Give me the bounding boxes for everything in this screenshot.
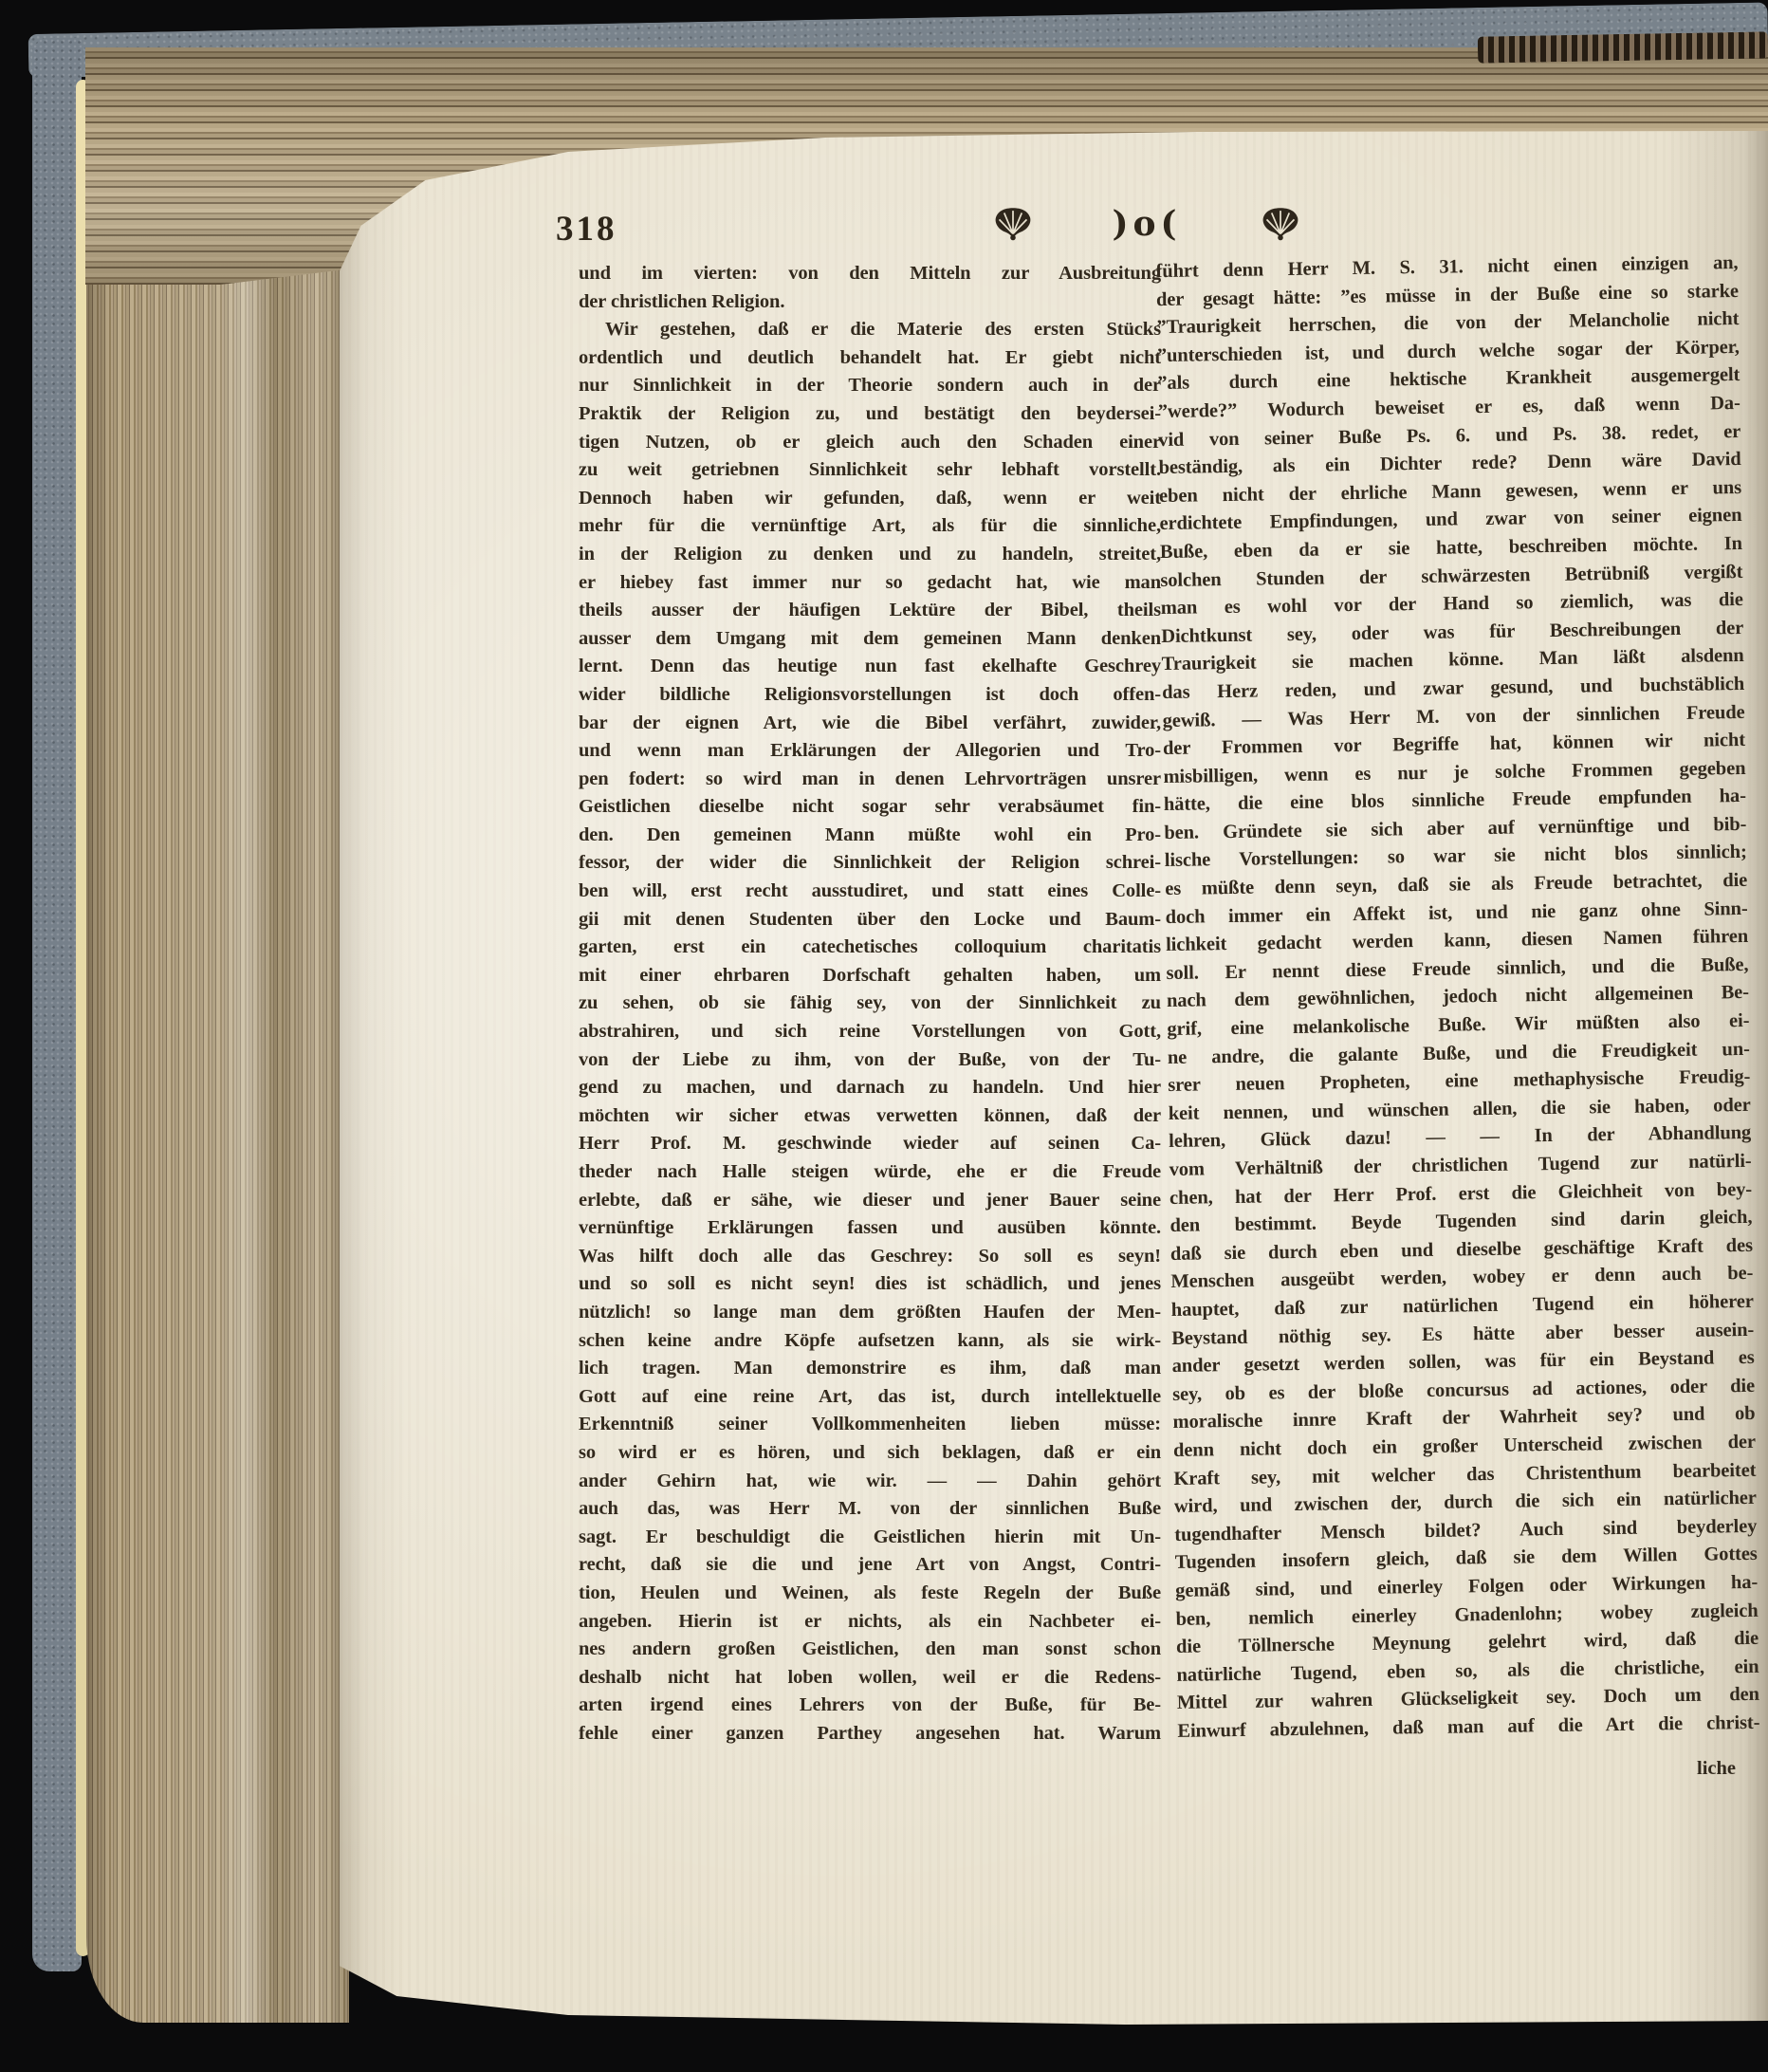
text-line: möchten wir sicher etwas verwetten könne…: [579, 1102, 1161, 1131]
text-line: und so soll es nicht seyn! dies ist schä…: [579, 1270, 1161, 1299]
text-line: Erkenntniß seiner Vollkommenheiten liebe…: [579, 1411, 1161, 1439]
center-asterism-mark: )o(: [1112, 204, 1181, 244]
text-line: in der Religion zu denken und zu handeln…: [579, 541, 1161, 569]
text-line: ordentlich und deutlich behandelt hat. E…: [579, 344, 1161, 373]
text-line: nützlich! so lange man dem größten Haufe…: [579, 1299, 1161, 1327]
text-line: mehr für die vernünftige Art, als für di…: [579, 512, 1161, 541]
page-number: 318: [556, 209, 617, 250]
headband-stitching: [1478, 31, 1768, 63]
text-line: schen keine andre Köpfe aufsetzen kann, …: [579, 1327, 1161, 1356]
text-line: so wird er es hören, und sich beklagen, …: [579, 1439, 1161, 1468]
catchword: liche: [1167, 1755, 1741, 1784]
text-line: wider bildliche Religionsvorstellungen i…: [579, 681, 1161, 710]
shell-fleuron-icon: [992, 205, 1034, 243]
text-line: ander Gehirn hat, wie wir. — — Dahin geh…: [579, 1468, 1161, 1496]
text-line: recht, daß sie die und jene Art von Angs…: [579, 1551, 1161, 1580]
text-line: zu sehen, ob sie fähig sey, von der Sinn…: [579, 990, 1161, 1018]
book-cover-left-edge: [32, 38, 82, 1971]
text-line: gii mit denen Studenten über den Locke u…: [579, 906, 1161, 934]
text-column-left: und im vierten: von den Mitteln zur Ausb…: [579, 260, 1161, 1748]
text-line: angeben. Hierin ist er nichts, als ein N…: [579, 1608, 1161, 1637]
text-line: tion, Heulen und Weinen, als feste Regel…: [579, 1580, 1161, 1608]
text-line: ausser dem Umgang mit dem gemeinen Mann …: [579, 625, 1161, 654]
text-line: theils ausser der häufigen Lektüre der B…: [579, 597, 1161, 625]
text-line: auch das, was Herr M. von der sinnlichen…: [579, 1495, 1161, 1524]
text-line: sagt. Er beschuldigt die Geistlichen hie…: [579, 1524, 1161, 1552]
text-line: deshalb nicht hat loben wollen, weil er …: [579, 1664, 1161, 1693]
text-line: fessor, der wider die Sinnlichkeit der R…: [579, 849, 1161, 878]
text-line: garten, erst ein catechetisches colloqui…: [579, 934, 1161, 962]
text-line: erlebte, daß er sähe, wie dieser und jen…: [579, 1187, 1161, 1215]
text-line: nes andern großen Geistlichen, den man s…: [579, 1636, 1161, 1664]
text-line: Dennoch haben wir gefunden, daß, wenn er…: [579, 485, 1161, 513]
text-line: der christlichen Religion.: [579, 288, 1161, 317]
page-stack-fore-edge: [86, 68, 349, 2023]
text-line: lich tragen. Man demonstrire es ihm, daß…: [579, 1355, 1161, 1383]
text-line: gend zu machen, und darnach zu handeln. …: [579, 1074, 1161, 1102]
text-line: Was hilft doch alle das Geschrey: So sol…: [579, 1243, 1161, 1271]
text-line: den. Den gemeinen Mann müßte wohl ein Pr…: [579, 822, 1161, 850]
text-line: mit einer ehrbaren Dorfschaft gehalten h…: [579, 962, 1161, 990]
header-ornaments: )o(: [992, 199, 1301, 249]
text-line: Wir gestehen, daß er die Materie des ers…: [579, 316, 1161, 344]
text-line: fehle einer ganzen Parthey angesehen hat…: [579, 1720, 1161, 1748]
text-line: ben will, erst recht ausstudiret, und st…: [579, 878, 1161, 906]
text-line: pen fodert: so wird man in denen Lehrvor…: [579, 766, 1161, 794]
shell-fleuron-icon: [1260, 205, 1301, 243]
text-line: und im vierten: von den Mitteln zur Ausb…: [579, 260, 1161, 288]
text-line: tigen Nutzen, ob er gleich auch den Scha…: [579, 429, 1161, 457]
book-page: 318 )o( und im vierten: von den Mitteln …: [340, 131, 1768, 2026]
text-column-right: führt denn Herr M. S. 31. nicht einen ei…: [1155, 250, 1759, 1746]
text-line: nur Sinnlichkeit in der Theorie sondern …: [579, 372, 1161, 400]
text-line: Herr Prof. M. geschwinde wieder auf sein…: [579, 1130, 1161, 1158]
text-line: und wenn man Erklärungen der Allegorien …: [579, 737, 1161, 766]
text-line: Geistlichen dieselbe nicht sogar sehr ve…: [579, 793, 1161, 822]
text-line: theder nach Halle steigen würde, ehe er …: [579, 1158, 1161, 1187]
text-line: vernünftige Erklärungen fassen und ausüb…: [579, 1214, 1161, 1243]
text-line: von der Liebe zu ihm, von der Buße, von …: [579, 1046, 1161, 1075]
text-line: arten irgend eines Lehrers von der Buße,…: [579, 1692, 1161, 1720]
text-line: er hiebey fast immer nur so gedacht hat,…: [579, 569, 1161, 598]
text-line: Gott auf eine reine Art, das ist, durch …: [579, 1383, 1161, 1412]
text-line: abstrahiren, und sich reine Vorstellunge…: [579, 1018, 1161, 1046]
text-line: lernt. Denn das heutige nun fast ekelhaf…: [579, 653, 1161, 681]
text-line: zu weit getriebnen Sinnlichkeit sehr leb…: [579, 456, 1161, 485]
text-line: bar der eignen Art, wie die Bibel verfäh…: [579, 710, 1161, 738]
text-line: Praktik der Religion zu, und bestätigt d…: [579, 400, 1161, 429]
